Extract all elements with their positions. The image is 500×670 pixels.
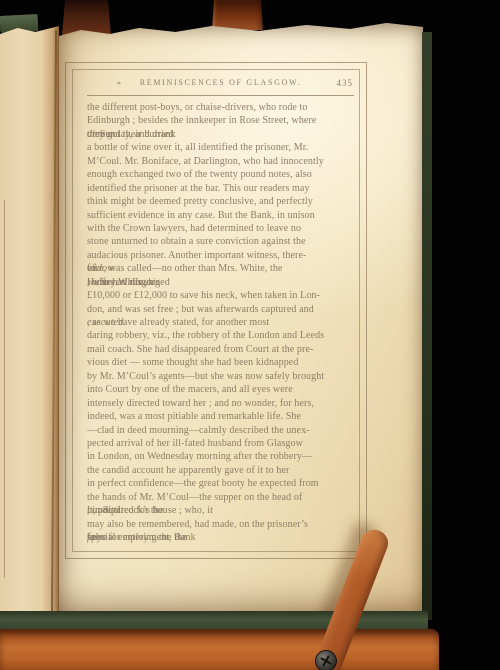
text-line: sufficient evidence in any case. But the… xyxy=(87,209,354,222)
text-line: into Court by one of the macers, and all… xyxy=(87,383,354,396)
text-line: Edinburgh ; besides the innkeeper in Ros… xyxy=(87,114,354,127)
easel-ledge xyxy=(0,629,439,670)
text-line: by Mr. M’Coul’s agents—but she was now s… xyxy=(87,370,354,383)
text-line: intensely directed toward her ; and no w… xyxy=(87,397,354,410)
page-number: 435 xyxy=(337,78,354,88)
text-line: stone unturned to obtain a sure convicti… xyxy=(87,235,354,248)
left-page xyxy=(0,24,59,616)
text-line: in London, on Wednesday morning after th… xyxy=(87,450,354,463)
text-line: they got their hurried dinner on Sunday,… xyxy=(87,128,354,141)
page-title: REMINISCENCES OF GLASGOW. xyxy=(87,78,354,87)
text-line: fore, was called—no other than Mrs. Whit… xyxy=(87,262,354,275)
text-line: —clad in deed mourning—calmly described … xyxy=(87,424,354,437)
easel-post-right xyxy=(212,0,263,30)
text-line: in perfect confidence—the great booty he… xyxy=(87,477,354,490)
text-line: pected arrival of her ill-fated husband … xyxy=(87,437,354,450)
running-head: * REMINISCENCES OF GLASGOW. 435 xyxy=(87,78,354,92)
text-line: the candid account he apparently gave of… xyxy=(87,464,354,477)
text-line: vious diet — some thought she had been k… xyxy=(87,356,354,369)
body-text: the different post-boys, or chaise-drive… xyxy=(87,101,354,547)
left-page-frame-rule xyxy=(4,200,5,578)
text-line: the different post-boys, or chaise-drive… xyxy=(87,101,354,114)
text-line: it, prepared for the banditti, in Scoltc… xyxy=(87,504,354,517)
book-cover-edge-right xyxy=(422,32,432,620)
text-line: think might be deemed pretty conclusive,… xyxy=(87,195,354,208)
text-line: mail coach. She had disappeared from Cou… xyxy=(87,343,354,356)
text-line: may also be remembered, had made, on the… xyxy=(87,518,354,531)
text-line: £10,000 or £12,000 to save his neck, whe… xyxy=(87,289,354,302)
screw-icon xyxy=(315,650,337,670)
head-rule xyxy=(87,95,354,96)
text-line: with the Crown lawyers, had determined t… xyxy=(87,222,354,235)
text-line: enough exchanged two of the twenty pound… xyxy=(87,168,354,181)
text-line: the hands of Mr. M’Coul—the supper on th… xyxy=(87,491,354,504)
easel-post-left xyxy=(62,0,111,36)
text-line: indeed, was a most pitiable and remarkab… xyxy=(87,410,354,423)
text-line: M’Coul. Mr. Boniface, at Darlington, who… xyxy=(87,155,354,168)
text-line: identified the prisoner at the bar. This… xyxy=(87,182,354,195)
text-line: audacious prisoner. Another important wi… xyxy=(87,249,354,262)
book-photograph-scene: * REMINISCENCES OF GLASGOW. 435 the diff… xyxy=(0,0,500,670)
text-line: Huffey White, his socius criminus, who h… xyxy=(87,276,354,289)
text-line: daring robbery, viz., the robbery of the… xyxy=(87,329,354,342)
text-line: executed, as we have already stated, for… xyxy=(87,316,354,329)
text-line: special employment, the false keys for e… xyxy=(87,531,354,544)
text-line: a bottle of wine over it, all identified… xyxy=(87,141,354,154)
text-line: don, and was set free ; but was afterwar… xyxy=(87,303,354,316)
